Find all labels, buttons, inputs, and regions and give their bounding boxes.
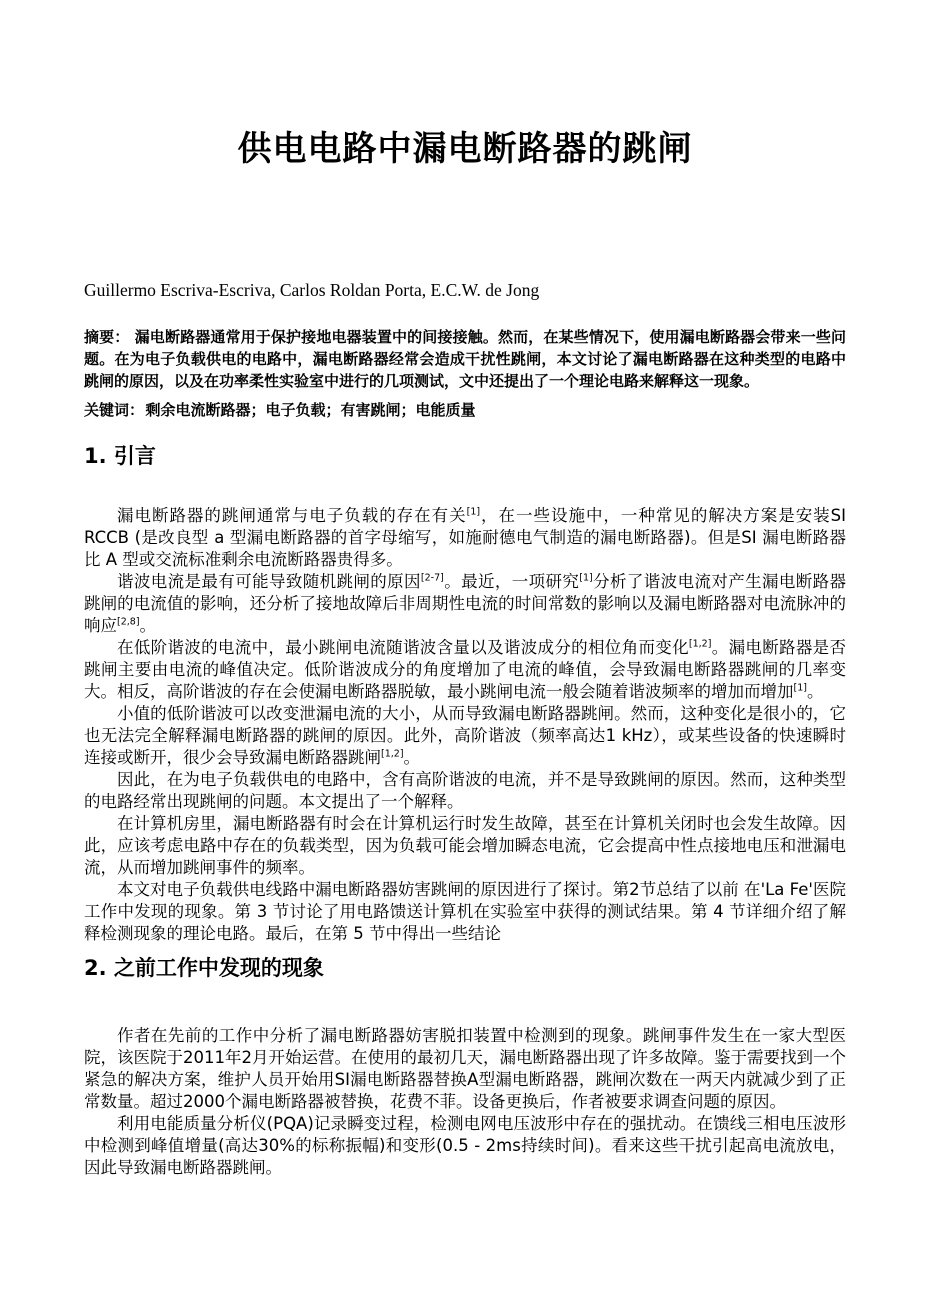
paragraph: 谐波电流是最有可能导致随机跳闸的原因[2-7]。最近，一项研究[1]分析了谐波电… bbox=[84, 571, 846, 637]
citation-superscript: [1] bbox=[794, 683, 807, 694]
section-body: 作者在先前的工作中分析了漏电断路器妨害脱扣装置中检测到的现象。跳闸事件发生在一家… bbox=[84, 1025, 846, 1179]
citation-superscript: [1] bbox=[467, 507, 480, 518]
citation-superscript: [2-7] bbox=[421, 573, 444, 584]
section: 2. 之前工作中发现的现象作者在先前的工作中分析了漏电断路器妨害脱扣装置中检测到… bbox=[84, 955, 846, 1179]
keywords: 关键词：剩余电流断路器；电子负载；有害跳闸；电能质量 bbox=[84, 399, 846, 421]
section-heading: 1. 引言 bbox=[84, 443, 846, 469]
abstract-label: 摘要： bbox=[84, 328, 129, 346]
citation-superscript: [2,8] bbox=[117, 617, 140, 628]
citation-superscript: [1,2] bbox=[381, 749, 404, 760]
section-body: 漏电断路器的跳闸通常与电子负载的存在有关[1]，在一些设施中，一种常见的解决方案… bbox=[84, 505, 846, 945]
paragraph: 因此，在为电子负载供电的电路中，含有高阶谐波的电流，并不是导致跳闸的原因。然而，… bbox=[84, 769, 846, 813]
abstract-text: 漏电断路器通常用于保护接地电器装置中的间接接触。然而，在某些情况下，使用漏电断路… bbox=[84, 328, 846, 390]
paragraph: 漏电断路器的跳闸通常与电子负载的存在有关[1]，在一些设施中，一种常见的解决方案… bbox=[84, 505, 846, 571]
paragraph: 在计算机房里，漏电断路器有时会在计算机运行时发生故障，甚至在计算机关闭时也会发生… bbox=[84, 813, 846, 879]
paragraph: 在低阶谐波的电流中，最小跳闸电流随谐波含量以及谐波成分的相位角而变化[1,2]。… bbox=[84, 637, 846, 703]
authors-line: Guillermo Escriva-Escriva, Carlos Roldan… bbox=[84, 278, 846, 302]
citation-superscript: [1,2] bbox=[689, 639, 712, 650]
keywords-label: 关键词： bbox=[84, 401, 144, 419]
paragraph: 小值的低阶谐波可以改变泄漏电流的大小，从而导致漏电断路器跳闸。然而，这种变化是很… bbox=[84, 703, 846, 769]
section: 1. 引言漏电断路器的跳闸通常与电子负载的存在有关[1]，在一些设施中，一种常见… bbox=[84, 443, 846, 945]
sections: 1. 引言漏电断路器的跳闸通常与电子负载的存在有关[1]，在一些设施中，一种常见… bbox=[84, 443, 846, 1179]
keywords-text: 剩余电流断路器；电子负载；有害跳闸；电能质量 bbox=[146, 401, 476, 419]
paragraph: 本文对电子负载供电线路中漏电断路器妨害跳闸的原因进行了探讨。第2节总结了以前 在… bbox=[84, 879, 846, 945]
abstract: 摘要：漏电断路器通常用于保护接地电器装置中的间接接触。然而，在某些情况下，使用漏… bbox=[84, 326, 846, 392]
paper-page: 供电电路中漏电断路器的跳闸 Guillermo Escriva-Escriva,… bbox=[0, 0, 925, 1308]
paragraph: 利用电能质量分析仪(PQA)记录瞬变过程，检测电网电压波形中存在的强扰动。在馈线… bbox=[84, 1113, 846, 1179]
paper-title: 供电电路中漏电断路器的跳闸 bbox=[84, 126, 846, 172]
citation-superscript: [1] bbox=[579, 573, 592, 584]
section-heading: 2. 之前工作中发现的现象 bbox=[84, 955, 846, 981]
paragraph: 作者在先前的工作中分析了漏电断路器妨害脱扣装置中检测到的现象。跳闸事件发生在一家… bbox=[84, 1025, 846, 1113]
paper-content: 供电电路中漏电断路器的跳闸 Guillermo Escriva-Escriva,… bbox=[0, 126, 925, 1179]
